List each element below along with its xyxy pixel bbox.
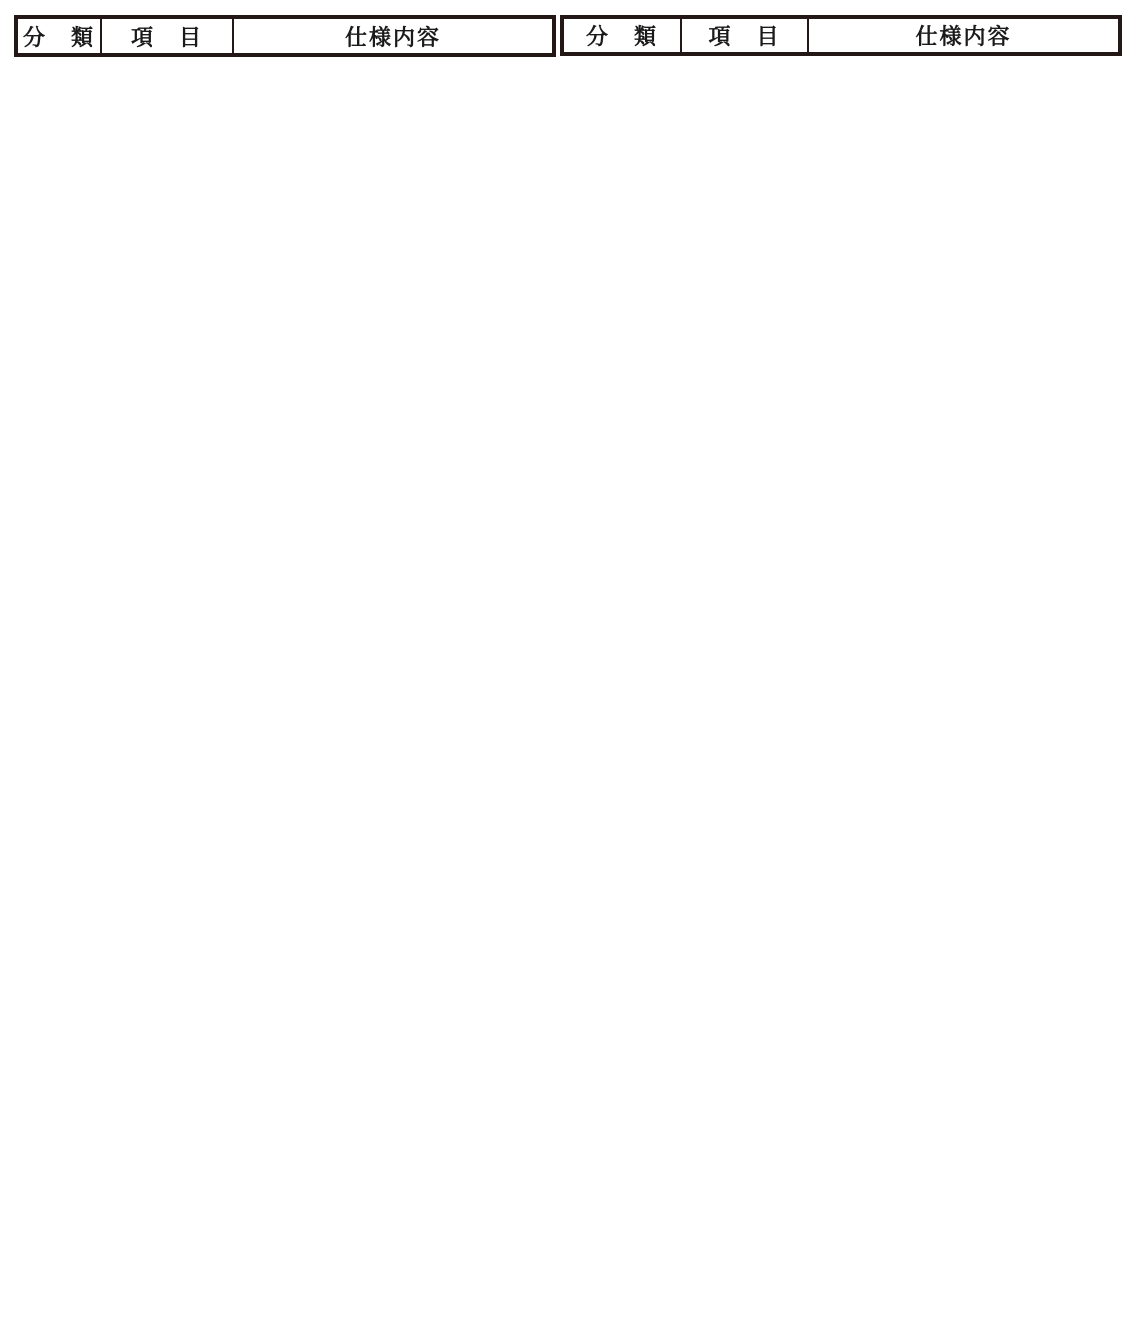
col-header-category-label: 分 類	[23, 21, 95, 52]
col-header-spec: 仕様内容	[233, 17, 554, 55]
spec-table-right: 分 類項 目仕様内容	[560, 15, 1122, 56]
col-header-item-label: 項 目	[131, 21, 203, 52]
spec-table-left: 分 類項 目仕様内容	[14, 15, 556, 57]
header-row: 分 類項 目仕様内容	[562, 17, 1120, 54]
spec-sheet-page: 分 類項 目仕様内容 分 類項 目仕様内容	[0, 0, 1134, 1323]
col-header-spec-label: 仕様内容	[345, 21, 441, 52]
col-header-item-label: 項 目	[708, 20, 780, 51]
col-header-category: 分 類	[562, 17, 681, 54]
col-header-category: 分 類	[16, 17, 101, 55]
col-header-category-label: 分 類	[586, 20, 658, 51]
col-header-item: 項 目	[101, 17, 233, 55]
col-header-spec-label: 仕様内容	[915, 20, 1011, 51]
col-header-spec: 仕様内容	[808, 17, 1120, 54]
header-row: 分 類項 目仕様内容	[16, 17, 554, 55]
col-header-item: 項 目	[681, 17, 808, 54]
